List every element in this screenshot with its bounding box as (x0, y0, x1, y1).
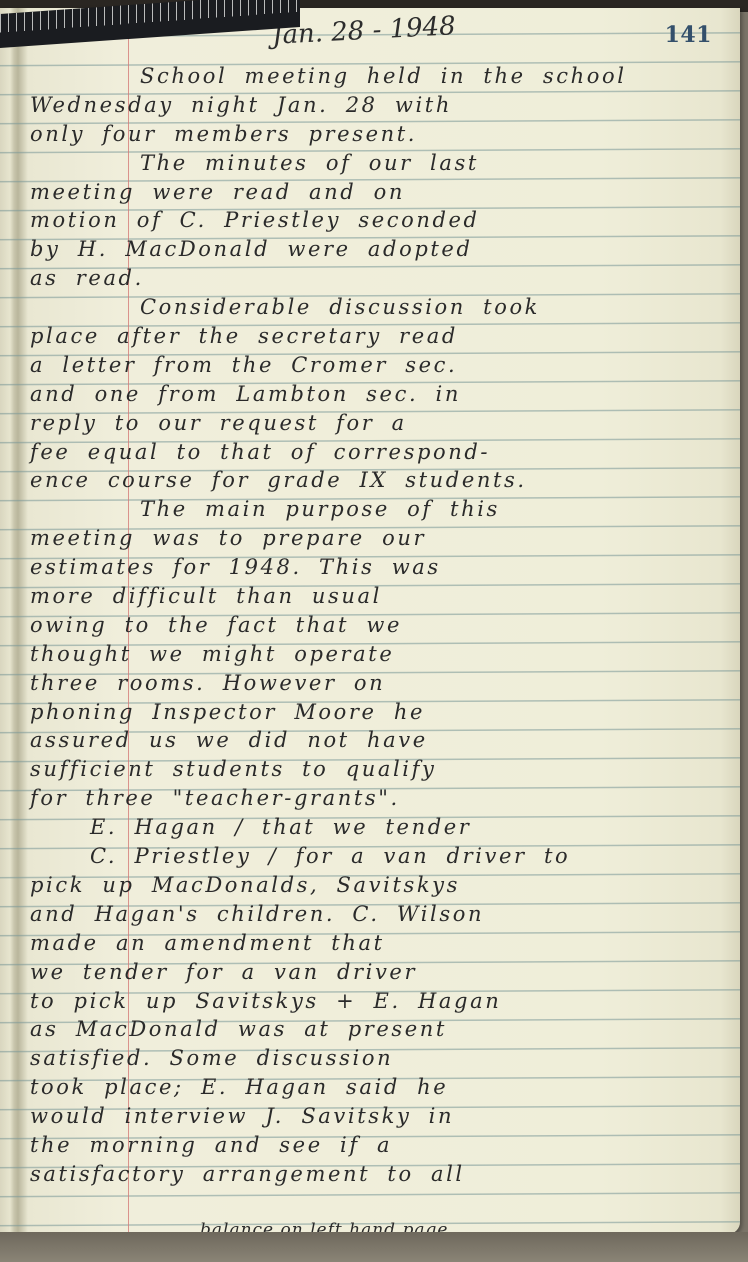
text-line: pick up MacDonalds, Savitskys (30, 871, 730, 900)
text-line: The main purpose of this (30, 495, 730, 524)
text-line: meeting were read and on (30, 178, 730, 207)
text-line: Wednesday night Jan. 28 with (30, 91, 730, 120)
text-line: for three "teacher-grants". (30, 784, 730, 813)
text-line: owing to the fact that we (30, 611, 730, 640)
book-edge-bottom (0, 1232, 748, 1262)
text-line: three rooms. However on (30, 669, 730, 698)
text-line: as read. (30, 264, 730, 293)
text-line: fee equal to that of correspond- (30, 438, 730, 467)
text-line: and Hagan's children. C. Wilson (30, 900, 730, 929)
text-line: a letter from the Cromer sec. (30, 351, 730, 380)
text-line: phoning Inspector Moore he (30, 698, 730, 727)
text-line: thought we might operate (30, 640, 730, 669)
text-line: place after the secretary read (30, 322, 730, 351)
text-line: took place; E. Hagan said he (30, 1073, 730, 1102)
text-line: only four members present. (30, 120, 730, 149)
text-line: The minutes of our last (30, 149, 730, 178)
page-number: 141 (665, 22, 712, 48)
text-line: we tender for a van driver (30, 958, 730, 987)
text-line: more difficult than usual (30, 582, 730, 611)
text-line: made an amendment that (30, 929, 730, 958)
text-line: reply to our request for a (30, 409, 730, 438)
text-line: School meeting held in the school (30, 62, 730, 91)
text-line: to pick up Savitskys + E. Hagan (30, 987, 730, 1016)
text-line: satisfactory arrangement to all (30, 1160, 730, 1189)
text-line: motion of C. Priestley seconded (30, 206, 730, 235)
text-line: the morning and see if a (30, 1131, 730, 1160)
text-line: would interview J. Savitsky in (30, 1102, 730, 1131)
text-line: satisfied. Some discussion (30, 1044, 730, 1073)
text-line: assured us we did not have (30, 726, 730, 755)
text-line: estimates for 1948. This was (30, 553, 730, 582)
text-line: Considerable discussion took (30, 293, 730, 322)
text-line: C. Priestley / for a van driver to (30, 842, 730, 871)
text-line: as MacDonald was at present (30, 1015, 730, 1044)
text-line: and one from Lambton sec. in (30, 380, 730, 409)
text-line: by H. MacDonald were adopted (30, 235, 730, 264)
ledger-page: Jan. 28 - 1948 141 School meeting held i… (0, 8, 740, 1234)
text-line: meeting was to prepare our (30, 524, 730, 553)
minutes-text: School meeting held in the school Wednes… (30, 62, 730, 1189)
text-line: ence course for grade IX students. (30, 466, 730, 495)
text-line: E. Hagan / that we tender (30, 813, 730, 842)
text-line: sufficient students to qualify (30, 755, 730, 784)
